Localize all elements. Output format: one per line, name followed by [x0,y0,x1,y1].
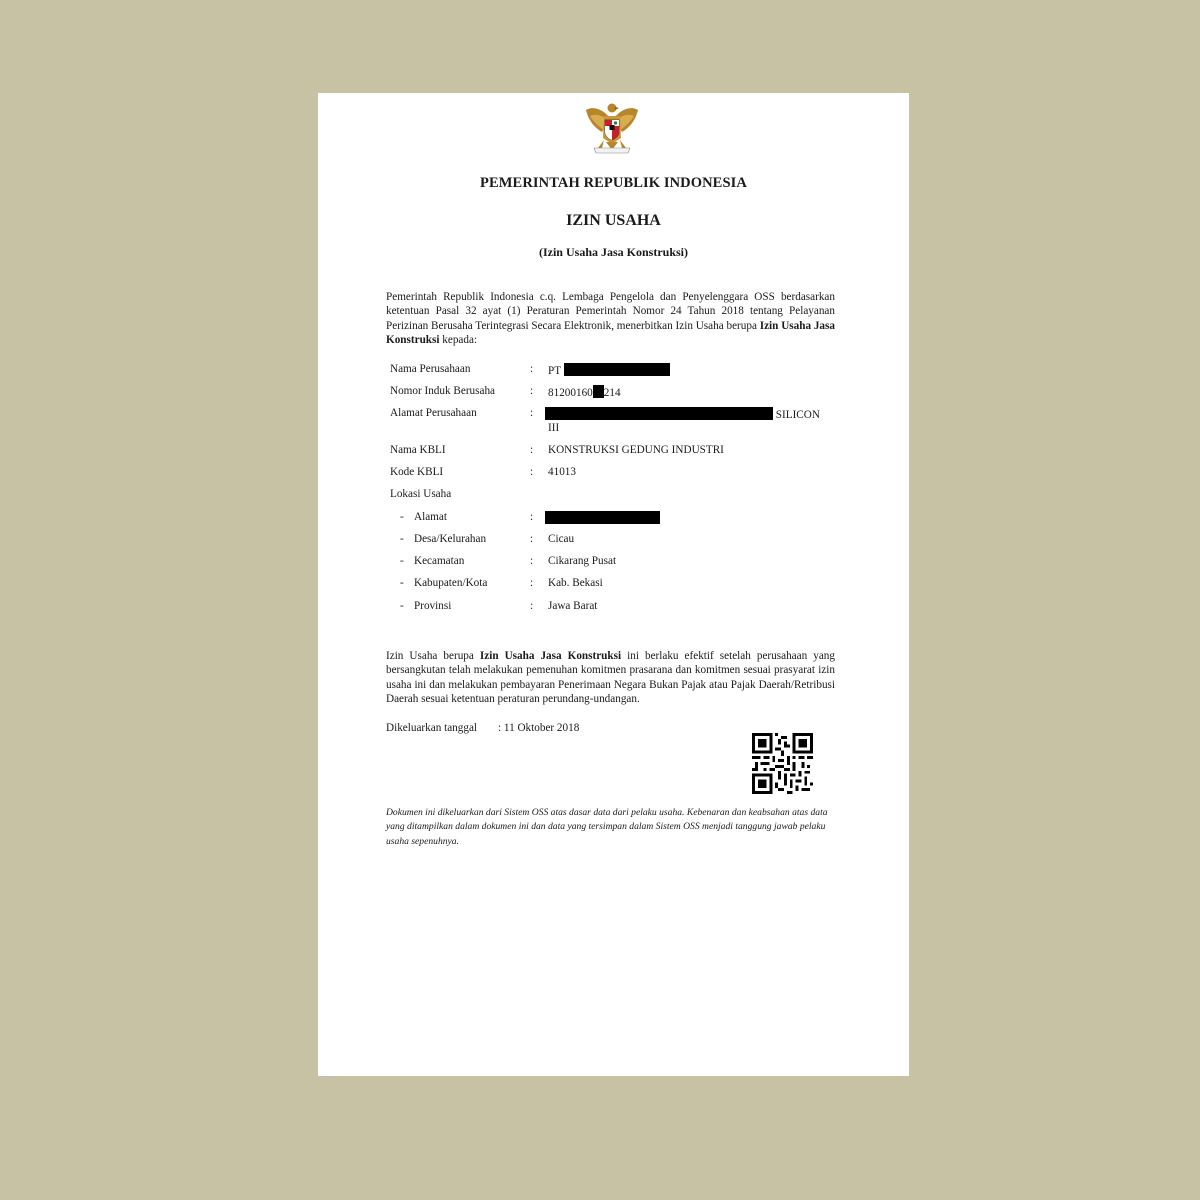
redaction-bar [564,363,670,376]
disclaimer-note: Dokumen ini dikeluarkan dari Sistem OSS … [386,806,836,849]
field-nib: Nomor Induk Berusaha : 81200160214 [390,385,840,401]
document-subtitle: (Izin Usaha Jasa Konstruksi) [318,245,909,260]
field-kbli-name: Nama KBLI : KONSTRUKSI GEDUNG INDUSTRI [390,444,840,460]
field-district: -Kecamatan : Cikarang Pusat [390,555,840,571]
field-company-address-line2: III [390,422,840,438]
document-page: PEMERINTAH REPUBLIK INDONESIA IZIN USAHA… [318,93,909,1076]
license-type-bold: Izin Usaha Jasa Konstruksi [480,650,621,662]
issued-label: Dikeluarkan tanggal [386,722,477,734]
field-company-address: Alamat Perusahaan : SILICON [390,407,840,423]
issued-value: : 11 Oktober 2018 [498,722,579,734]
issued-date: Dikeluarkan tanggal : 11 Oktober 2018 [386,722,477,734]
field-kbli-code: Kode KBLI : 41013 [390,466,840,482]
closing-paragraph: Izin Usaha berupa Izin Usaha Jasa Konstr… [386,649,835,706]
qr-code-icon [752,733,813,794]
field-regency: -Kabupaten/Kota : Kab. Bekasi [390,577,840,593]
intro-paragraph: Pemerintah Republik Indonesia c.q. Lemba… [386,290,835,347]
government-heading: PEMERINTAH REPUBLIK INDONESIA [318,175,909,192]
redaction-bar [545,511,660,524]
redaction-bar [545,407,773,420]
field-location-address: -Alamat : [390,511,840,527]
field-village: -Desa/Kelurahan : Cicau [390,533,840,549]
garuda-emblem-icon [580,98,644,162]
document-title: IZIN USAHA [318,212,909,230]
field-company-name: Nama Perusahaan : PT [390,363,840,379]
redaction-bar [593,385,604,398]
field-province: -Provinsi : Jawa Barat [390,600,840,616]
page-footer-mark [321,1076,331,1077]
location-heading: Lokasi Usaha [390,488,840,504]
